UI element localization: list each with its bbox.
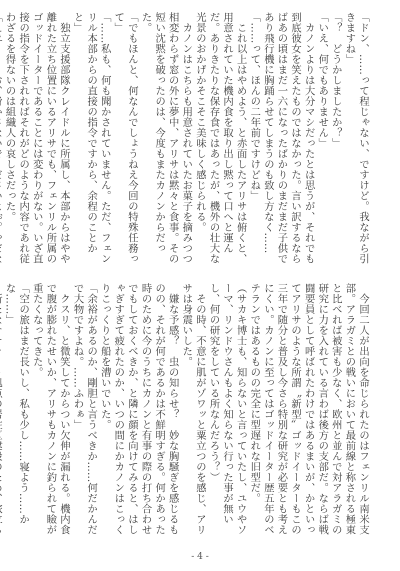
page-number: - 4 - <box>0 552 400 562</box>
paragraph: これ以上はやめよう、と赤面したアリサは俯くと、用意されていた機内食を取り出し黙っ… <box>192 12 246 267</box>
lower-text-block: 今回二人が出向を命じられたのはフェンリル南米支部。アラガミとの戦いにおいて最前線… <box>24 283 369 535</box>
paragraph: （サカキ博士も、知らないと言っていたし、ユウやソーマ、リンドウさんもよく知らない… <box>206 283 247 535</box>
paragraph: 「いえ、何でもありません」 <box>315 12 329 267</box>
paragraph: クスリ、と微笑してからつい欠伸が漏れる。機内食で腹が膨れたせいか、アリサもカノン… <box>29 283 70 535</box>
paragraph: カノンよりは大分マシだったとは思うが、それでも到底彼女を笑えたものではなかった。… <box>260 12 314 267</box>
paragraph: カノンはこちらも用意されていたお菓子を摘みつつ相変わらず窓の外に夢中、アリサは黙… <box>138 12 192 267</box>
paragraph: 嫌な予感？ 虫の知らせ？ 妙な胸騒ぎを感じるものの、それが何であるかは不鮮明すぎ… <box>97 283 179 535</box>
paragraph: 「……私も、何も聞かされていません。ただ、フェンリル本部からの直接の指令ですから… <box>70 12 111 267</box>
paragraph: 「でもほんと、何なんでしょうねえ今回の特殊任務って」 <box>111 12 138 267</box>
paragraph: 「えぇう……お、脅かさないでくださいよぉ。やだなぁ、今まで誤射した分の損害を補償… <box>0 12 2 267</box>
paragraph: 「……って、ほんの二年前ですけどね」 <box>247 12 261 267</box>
paragraph: 「？ どうかしましたか？」 <box>328 12 342 267</box>
upper-text-block: 「ドン、……って程じゃない、ですけど。我ながら引きますね」 「？ どうかしました… <box>29 12 369 267</box>
paragraph: 「空の旅はまだ長いし、私も少し……寝よう……かな……」 <box>2 283 29 535</box>
paragraph: 新たなサテライト拠点の居住区建設のため、旅立ちの直前までまた殆ど休みなく働きづめ… <box>0 283 2 535</box>
paragraph: 今回二人が出向を命じられたのはフェンリル南米支部。アラガミとの戦いにおいて最前線… <box>247 283 369 535</box>
paragraph: その時、不意に肌がゾワッと粟立つのを感じ、アリサは身震いした。 <box>179 283 206 535</box>
paragraph: 「ドン、……って程じゃない、ですけど。我ながら引きますね」 <box>342 12 369 267</box>
paragraph: 独立支援部隊クレイドルに所属し、本部からはやや離れた立ち位置にいるアリサでも、フ… <box>2 12 70 267</box>
paragraph: 「余裕があるのか、剛胆と言うべきか……何だかんだで大物ですよね。……ふわぁ」 <box>70 283 97 535</box>
